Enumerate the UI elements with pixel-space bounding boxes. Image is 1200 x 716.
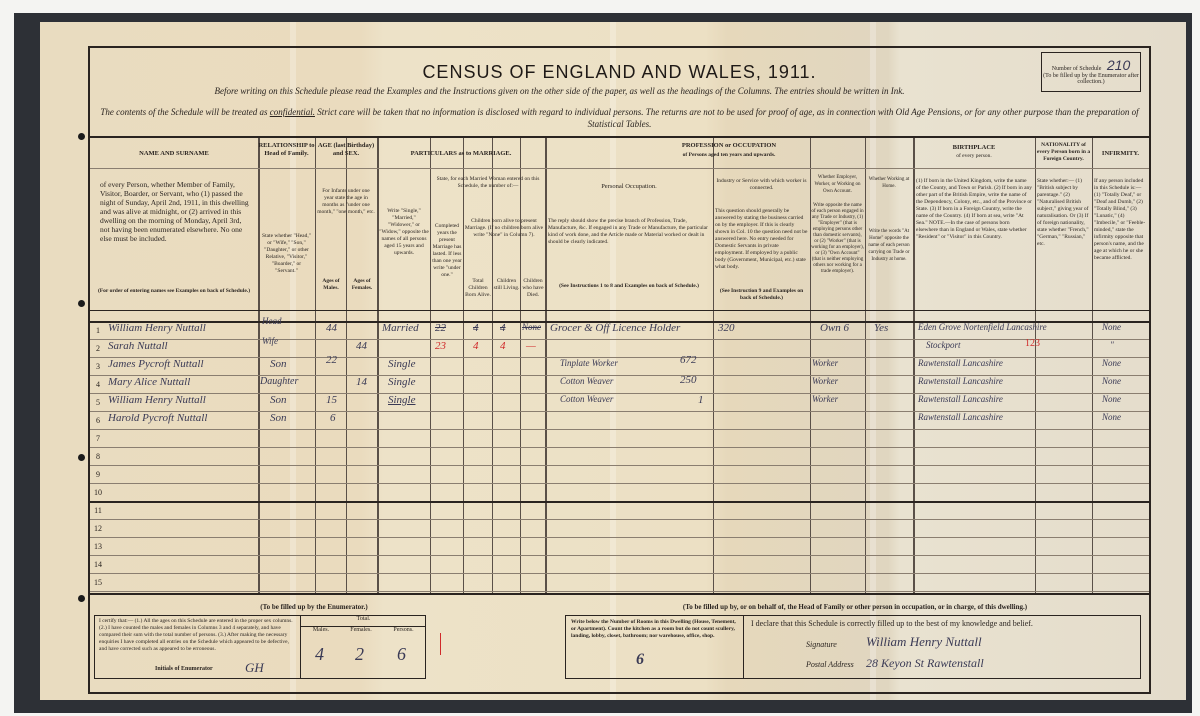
row-number: 9 (92, 470, 104, 479)
row-divider (90, 501, 1149, 503)
row-divider (90, 573, 1149, 574)
confidential-word: confidential. (270, 107, 315, 117)
row-divider (90, 537, 1149, 538)
header-nationality: NATIONALITY of every Person born in a Fo… (1035, 142, 1092, 163)
row-number: 14 (92, 560, 104, 569)
totals-box: Total. Males. Females. Persons. 4 2 6 (300, 616, 426, 678)
row-number: 12 (92, 524, 104, 533)
header-age: AGE (last Birthday) and SEX. (315, 142, 377, 158)
relationship-cell: Head (262, 316, 282, 326)
enumerator-certificate: I certify that:— (1.) All the ages on th… (94, 615, 426, 679)
row-divider (90, 429, 1149, 430)
header-relationship: RELATIONSHIP to Head of Family. (258, 142, 315, 158)
row-number: 7 (92, 434, 104, 443)
header-name: NAME AND SURNAME (90, 150, 258, 158)
birthplace-cell: Eden Grove Nortenfield Lancashire (918, 322, 1047, 332)
binding-hole (78, 595, 85, 602)
header-occupation: PROFESSION or OCCUPATION (545, 142, 913, 150)
total-males: 4 (315, 644, 324, 665)
enumerator-section: (To be filled up by the Enumerator.) I c… (94, 603, 534, 683)
row-divider (90, 555, 1149, 556)
rooms-count: 6 (636, 656, 644, 663)
header-infirmity: INFIRMITY. (1092, 150, 1149, 158)
status-cell: Married (382, 322, 419, 334)
binding-hole (78, 133, 85, 140)
rooms-box: Write below the Number of Rooms in this … (566, 616, 744, 678)
enumerator-initials: GH (245, 660, 264, 676)
row-number: 8 (92, 452, 104, 461)
row-divider (90, 339, 1149, 340)
occupation-cell: Grocer & Off Licence Holder (550, 322, 680, 334)
red-code: 123 (1025, 338, 1040, 349)
total-persons: 6 (397, 644, 406, 665)
row-number: 10 (92, 488, 104, 497)
row-divider (90, 519, 1149, 520)
postal-address: 28 Keyon St Rawtenstall (866, 656, 984, 671)
confidentiality-notice: The contents of the Schedule will be tre… (100, 106, 1139, 130)
head-of-family-section: (To be filled up by, or on behalf of, th… (565, 603, 1145, 683)
infirmity-cell: None (1102, 322, 1121, 332)
binding-hole (78, 300, 85, 307)
row-divider (90, 447, 1149, 448)
row-number: 13 (92, 542, 104, 551)
header-marriage: PARTICULARS as to MARRIAGE. (377, 150, 545, 158)
row-number: 11 (92, 506, 104, 515)
name-cell: William Henry Nuttall (108, 322, 206, 334)
header-birthplace: BIRTHPLACE (913, 144, 1035, 152)
declaration-box: Write below the Number of Rooms in this … (565, 615, 1141, 679)
row-divider (90, 591, 1149, 592)
row-divider (90, 483, 1149, 484)
row-divider (90, 465, 1149, 466)
signature: William Henry Nuttall (866, 634, 982, 650)
industry-cell: 320 (718, 322, 735, 334)
red-mark (440, 633, 441, 655)
schedule-number-box: Number of Schedule 210 (To be filled up … (1041, 52, 1141, 92)
row-number: 15 (92, 578, 104, 587)
years-married-cell: 22 (435, 322, 446, 334)
total-females: 2 (355, 644, 364, 665)
schedule-number: 210 (1107, 57, 1130, 73)
employer-cell: Own 6 (820, 322, 849, 334)
binding-hole (78, 454, 85, 461)
instruction-line: Before writing on this Schedule please r… (150, 86, 969, 96)
age-male-cell: 44 (326, 322, 337, 334)
at-home-cell: Yes (874, 322, 888, 334)
document-title: CENSUS OF ENGLAND AND WALES, 1911. (90, 62, 1149, 83)
schedule-frame: CENSUS OF ENGLAND AND WALES, 1911. Befor… (88, 46, 1151, 694)
